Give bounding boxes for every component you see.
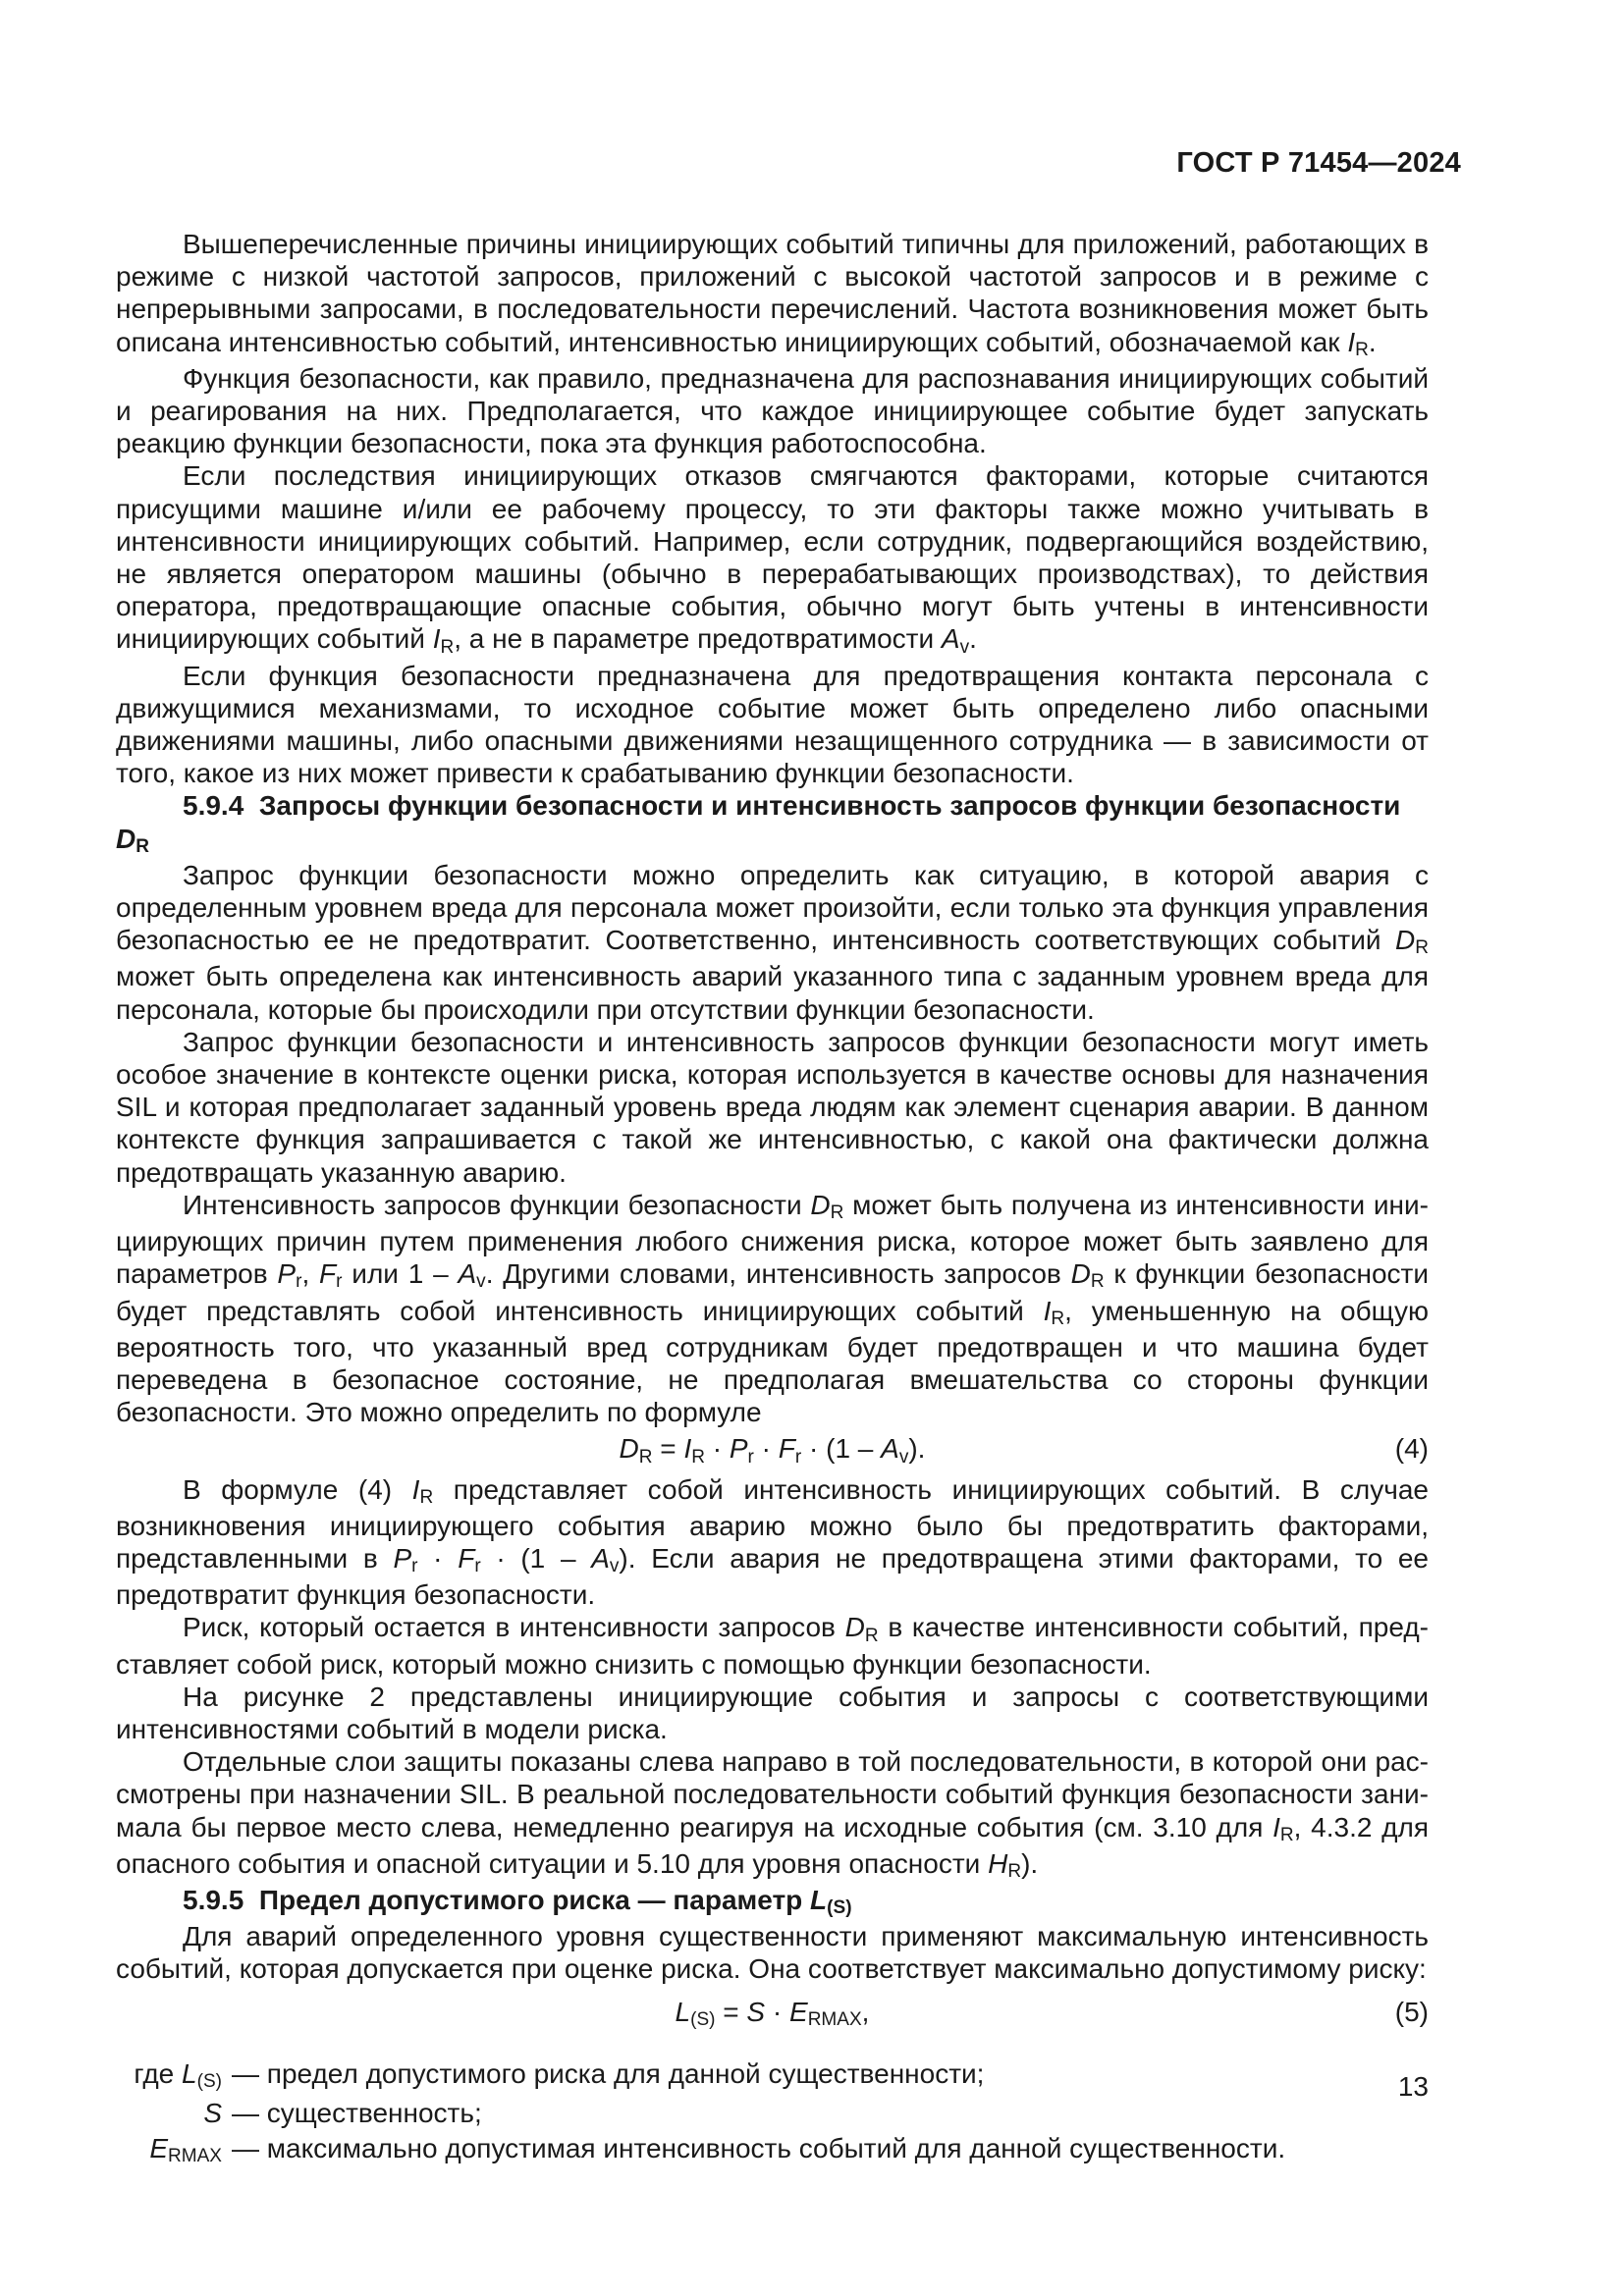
where-def-ermax: — максимально допустимая интенсивность с…	[232, 2132, 1429, 2168]
formula-4: DR = IR · Pr · Fr · (1 – Av). (4)	[116, 1432, 1429, 1468]
paragraph-tolerable-risk: Для аварий определенного уровня существе…	[116, 1920, 1429, 1985]
where-def-s: — существенность;	[232, 2097, 1429, 2129]
document-page: ГОСТ Р 71454—2024 Вышеперечисленные прич…	[0, 0, 1624, 2296]
formula-5: L(S) = S · ERMAX, (5)	[116, 1996, 1429, 2032]
heading-5-9-5: 5.9.5 Предел допустимого риска — парамет…	[116, 1884, 1429, 1920]
paragraph-residual-risk: Риск, который остается в интенсивности з…	[116, 1611, 1429, 1680]
where-definition-list: где L(S) — предел допустимого риска для …	[116, 2057, 1429, 2169]
paragraph-contact-prevention: Если функция безопасности предназначена …	[116, 660, 1429, 790]
document-header-title: ГОСТ Р 71454—2024	[1176, 147, 1461, 180]
where-term-s: S	[116, 2097, 222, 2129]
heading-5-9-4: 5.9.4 Запросы функции безопасности и инт…	[116, 789, 1429, 858]
paragraph-figure-2-reference: На рисунке 2 представлены инициирующие с…	[116, 1681, 1429, 1745]
formula-5-number: (5)	[1395, 1996, 1429, 2028]
document-body: Вышеперечисленные причины инициирующих с…	[116, 228, 1429, 2171]
formula-4-number: (4)	[1395, 1432, 1429, 1465]
where-row-ls: где L(S) — предел допустимого риска для …	[116, 2057, 1429, 2094]
paragraph-protection-layers: Отдельные слои защиты показаны слева нап…	[116, 1745, 1429, 1884]
paragraph-mitigating-factors: Если последствия инициирующих отказов см…	[116, 459, 1429, 659]
formula-4-expression: DR = IR · Pr · Fr · (1 – Av).	[620, 1433, 926, 1464]
paragraph-demand-definition: Запрос функции безопасности можно опреде…	[116, 859, 1429, 1026]
where-term-ls: где L(S)	[116, 2057, 222, 2094]
paragraph-formula-4-explanation: В формуле (4) IR представляет собой инте…	[116, 1473, 1429, 1612]
where-term-ermax: ERMAX	[116, 2132, 222, 2168]
paragraph-risk-assessment-context: Запрос функции безопасности и интенсивно…	[116, 1026, 1429, 1189]
where-row-ermax: ERMAX — максимально допустимая интенсивн…	[116, 2132, 1429, 2168]
paragraph-safety-function-purpose: Функция безопасности, как правило, предн…	[116, 362, 1429, 460]
formula-5-expression: L(S) = S · ERMAX,	[676, 1997, 870, 2027]
page-number: 13	[1398, 2071, 1429, 2103]
where-row-s: S — существенность;	[116, 2097, 1429, 2129]
paragraph-initiating-causes: Вышеперечисленные причины инициирующих с…	[116, 228, 1429, 362]
paragraph-demand-rate-derivation: Интенсивность запросов функции безопасно…	[116, 1189, 1429, 1428]
where-def-ls: — предел допустимого риска для данной су…	[232, 2057, 1429, 2094]
